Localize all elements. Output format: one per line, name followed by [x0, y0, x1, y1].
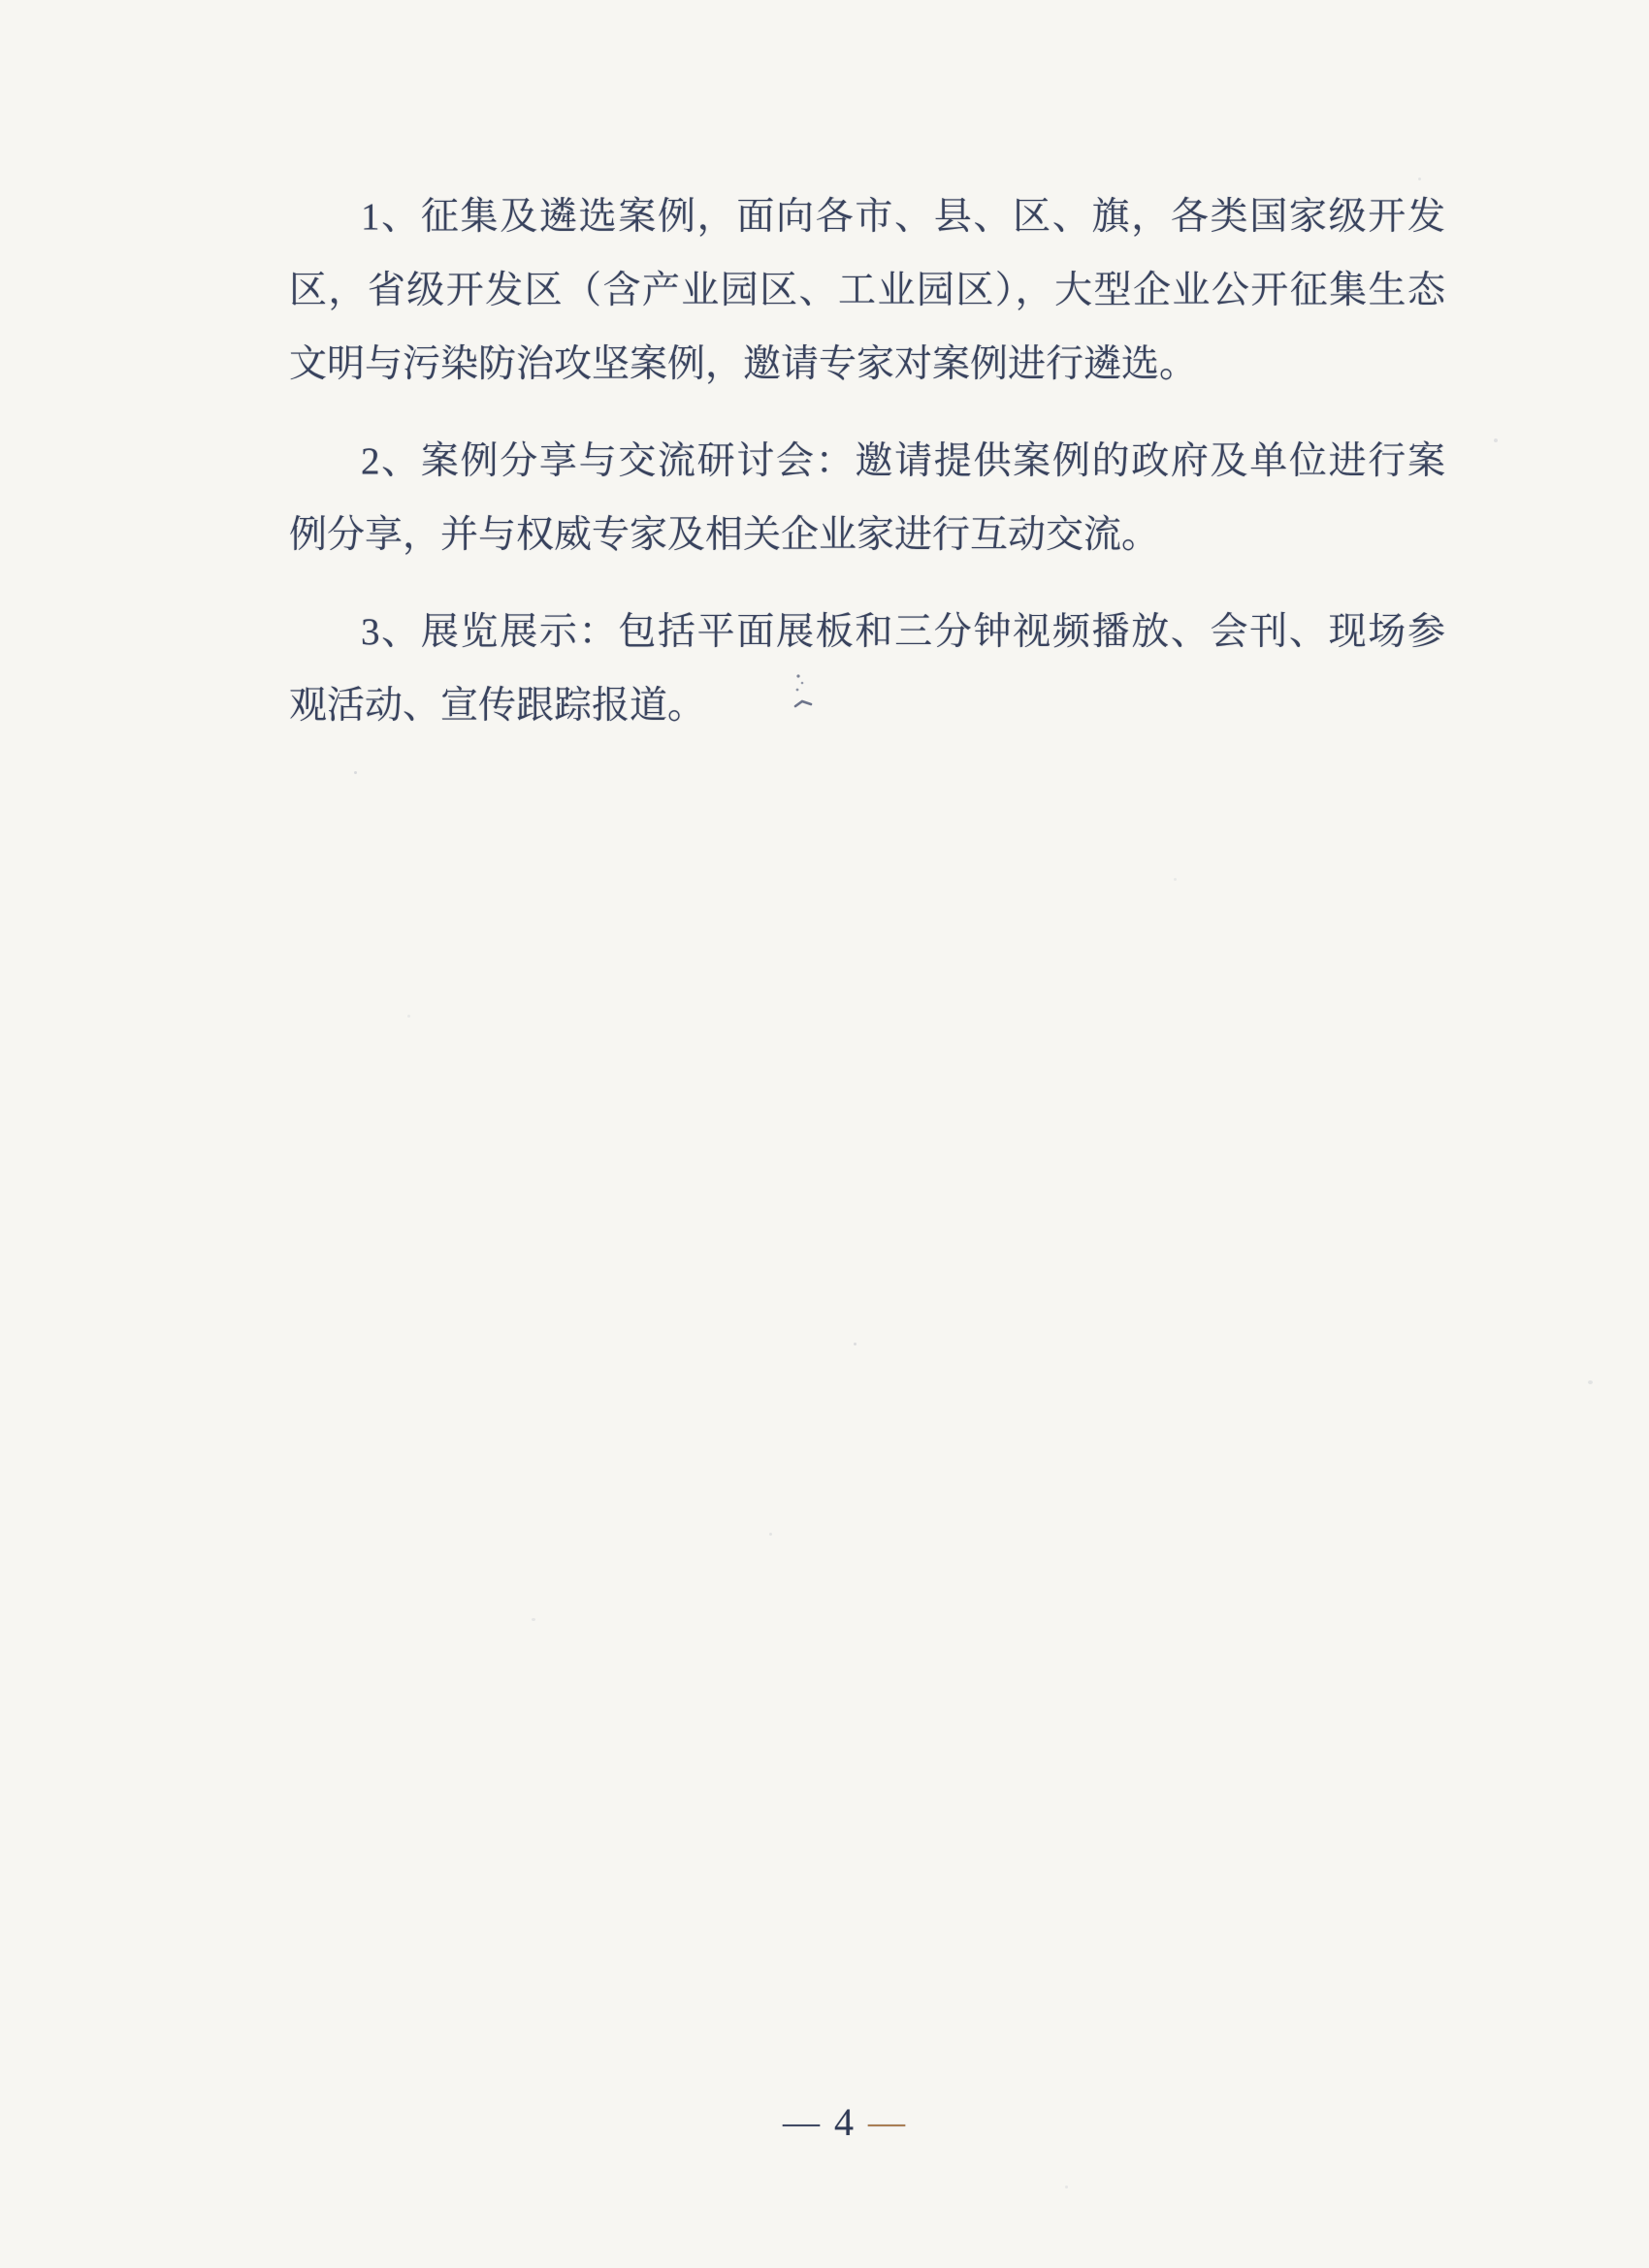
scan-speck	[1588, 1380, 1593, 1384]
scan-speck	[407, 1015, 410, 1018]
scan-speck	[1174, 878, 1177, 881]
scan-speck	[532, 1618, 535, 1621]
paragraph-1-line-2: 区，省级开发区（含产业园区、工业园区），大型企业公开征集生态	[289, 254, 1445, 328]
paragraph-3-line-1: 3、展览展示：包括平面展板和三分钟视频播放、会刊、现场参	[289, 596, 1445, 669]
paragraph-1-line-1: 1、征集及遴选案例，面向各市、县、区、旗，各类国家级开发	[289, 180, 1445, 254]
scan-speck	[854, 1343, 857, 1345]
paragraph-3: 3、展览展示：包括平面展板和三分钟视频播放、会刊、现场参 观活动、宣传跟踪报道。	[289, 596, 1445, 743]
paragraph-1-line-3: 文明与污染防治攻坚案例，邀请专家对案例进行遴选。	[289, 328, 1445, 402]
footer-dash-right: —	[868, 2101, 905, 2144]
scanned-document-page: 1、征集及遴选案例，面向各市、县、区、旗，各类国家级开发 区，省级开发区（含产业…	[0, 0, 1649, 2268]
paragraph-2-line-1: 2、案例分享与交流研讨会：邀请提供案例的政府及单位进行案	[289, 425, 1445, 499]
paragraph-1: 1、征集及遴选案例，面向各市、县、区、旗，各类国家级开发 区，省级开发区（含产业…	[289, 180, 1445, 402]
paragraph-3-line-2: 观活动、宣传跟踪报道。	[289, 669, 1445, 743]
footer-dash-left: —	[783, 2101, 820, 2144]
document-body-text: 1、征集及遴选案例，面向各市、县、区、旗，各类国家级开发 区，省级开发区（含产业…	[289, 180, 1445, 766]
paragraph-2: 2、案例分享与交流研讨会：邀请提供案例的政府及单位进行案 例分享，并与权威专家及…	[289, 425, 1445, 572]
scan-speck	[769, 1533, 772, 1536]
page-footer: — 4 —	[19, 2101, 1649, 2144]
scan-speck	[1494, 438, 1498, 442]
scan-speck	[1065, 2186, 1068, 2188]
scan-speck	[354, 771, 357, 774]
page-number: 4	[834, 2101, 854, 2144]
paragraph-2-line-2: 例分享，并与权威专家及相关企业家进行互动交流。	[289, 499, 1445, 572]
